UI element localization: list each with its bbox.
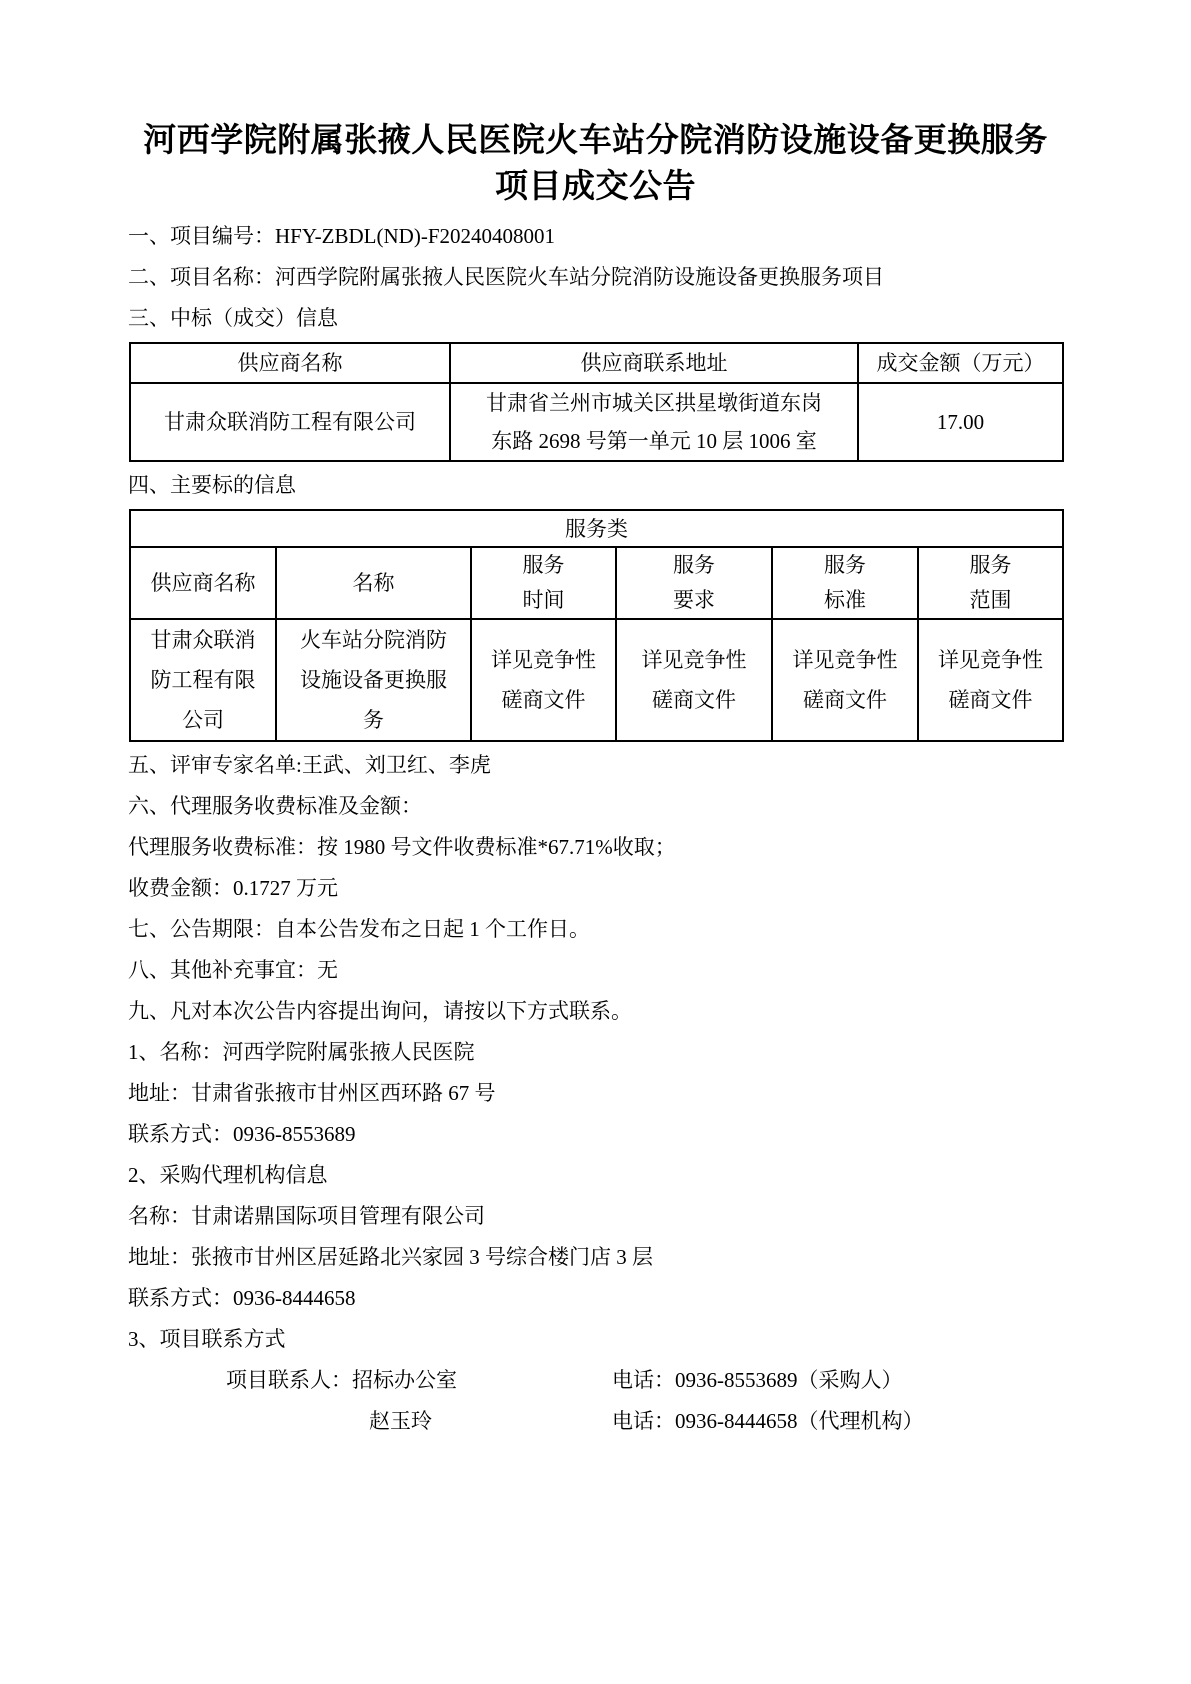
document-page: 河西学院附属张掖人民医院火车站分院消防设施设备更换服务项目成交公告 一、项目编号… [0, 0, 1191, 1684]
agency-contact-person: 赵玉玲 [226, 1401, 612, 1442]
project-contact-row-1: 项目联系人：招标办公室 电话：0936-8553689（采购人） [226, 1360, 1063, 1401]
project-contact-heading: 3、项目联系方式 [128, 1319, 1063, 1360]
subject-header-service-requirement: 服务 要求 [616, 547, 772, 619]
purchaser-phone-line: 联系方式：0936-8553689 [128, 1114, 1063, 1155]
subject-category-cell: 服务类 [130, 510, 1063, 547]
section-other-matters: 八、其他补充事宜：无 [128, 950, 1063, 991]
award-cell-supplier: 甘肃众联消防工程有限公司 [130, 383, 450, 461]
subject-table: 服务类 供应商名称 名称 服务 时间 服务 要求 服务 标准 服务 范围 甘肃众… [129, 509, 1064, 742]
award-header-supplier: 供应商名称 [130, 343, 450, 383]
agency-address-line: 地址：张掖市甘州区居延路北兴家园 3 号综合楼门店 3 层 [128, 1237, 1063, 1278]
subject-cell-service-requirement: 详见竞争性 磋商文件 [616, 619, 772, 741]
agency-heading-line: 2、采购代理机构信息 [128, 1155, 1063, 1196]
subject-cell-service-scope: 详见竞争性 磋商文件 [918, 619, 1063, 741]
purchaser-phone: 电话：0936-8553689（采购人） [612, 1360, 903, 1401]
subject-cell-service-standard: 详见竞争性 磋商文件 [772, 619, 918, 741]
agency-phone-line: 联系方式：0936-8444658 [128, 1278, 1063, 1319]
section-announcement-period: 七、公告期限：自本公告发布之日起 1 个工作日。 [128, 909, 1063, 950]
subject-cell-name: 火车站分院消防 设施设备更换服 务 [276, 619, 471, 741]
subject-header-service-standard: 服务 标准 [772, 547, 918, 619]
subject-category-row: 服务类 [130, 510, 1063, 547]
award-table-data-row: 甘肃众联消防工程有限公司 甘肃省兰州市城关区拱星墩街道东岗 东路 2698 号第… [130, 383, 1063, 461]
purchaser-name-line: 1、名称：河西学院附属张掖人民医院 [128, 1032, 1063, 1073]
agency-name-line: 名称：甘肃诺鼎国际项目管理有限公司 [128, 1196, 1063, 1237]
subject-cell-supplier: 甘肃众联消 防工程有限 公司 [130, 619, 276, 741]
section-project-number: 一、项目编号：HFY-ZBDL(ND)-F20240408001 [128, 216, 1063, 257]
section-award-info-heading: 三、中标（成交）信息 [128, 298, 1063, 339]
subject-header-service-scope: 服务 范围 [918, 547, 1063, 619]
section-project-name: 二、项目名称：河西学院附属张掖人民医院火车站分院消防设施设备更换服务项目 [128, 257, 1063, 298]
project-contact-person: 项目联系人：招标办公室 [226, 1360, 612, 1401]
subject-cell-service-time: 详见竞争性 磋商文件 [471, 619, 616, 741]
subject-header-supplier: 供应商名称 [130, 547, 276, 619]
award-table: 供应商名称 供应商联系地址 成交金额（万元） 甘肃众联消防工程有限公司 甘肃省兰… [129, 342, 1064, 462]
section-experts: 五、评审专家名单:王武、刘卫红、李虎 [128, 745, 1063, 786]
section-fee-heading: 六、代理服务收费标准及金额： [128, 786, 1063, 827]
section-inquiry-heading: 九、凡对本次公告内容提出询问，请按以下方式联系。 [128, 991, 1063, 1032]
purchaser-address-line: 地址：甘肃省张掖市甘州区西环路 67 号 [128, 1073, 1063, 1114]
award-header-address: 供应商联系地址 [450, 343, 858, 383]
award-table-header-row: 供应商名称 供应商联系地址 成交金额（万元） [130, 343, 1063, 383]
award-cell-address: 甘肃省兰州市城关区拱星墩街道东岗 东路 2698 号第一单元 10 层 1006… [450, 383, 858, 461]
section-subject-info-heading: 四、主要标的信息 [128, 465, 1063, 506]
award-header-amount: 成交金额（万元） [858, 343, 1063, 383]
page-title: 河西学院附属张掖人民医院火车站分院消防设施设备更换服务项目成交公告 [128, 118, 1063, 210]
fee-amount-line: 收费金额：0.1727 万元 [128, 868, 1063, 909]
subject-data-row: 甘肃众联消 防工程有限 公司 火车站分院消防 设施设备更换服 务 详见竞争性 磋… [130, 619, 1063, 741]
subject-header-service-time: 服务 时间 [471, 547, 616, 619]
subject-header-name: 名称 [276, 547, 471, 619]
fee-standard-line: 代理服务收费标准：按 1980 号文件收费标准*67.71%收取； [128, 827, 1063, 868]
award-cell-amount: 17.00 [858, 383, 1063, 461]
subject-header-row: 供应商名称 名称 服务 时间 服务 要求 服务 标准 服务 范围 [130, 547, 1063, 619]
agency-phone: 电话：0936-8444658（代理机构） [612, 1401, 924, 1442]
project-contact-row-2: 赵玉玲 电话：0936-8444658（代理机构） [226, 1401, 1063, 1442]
